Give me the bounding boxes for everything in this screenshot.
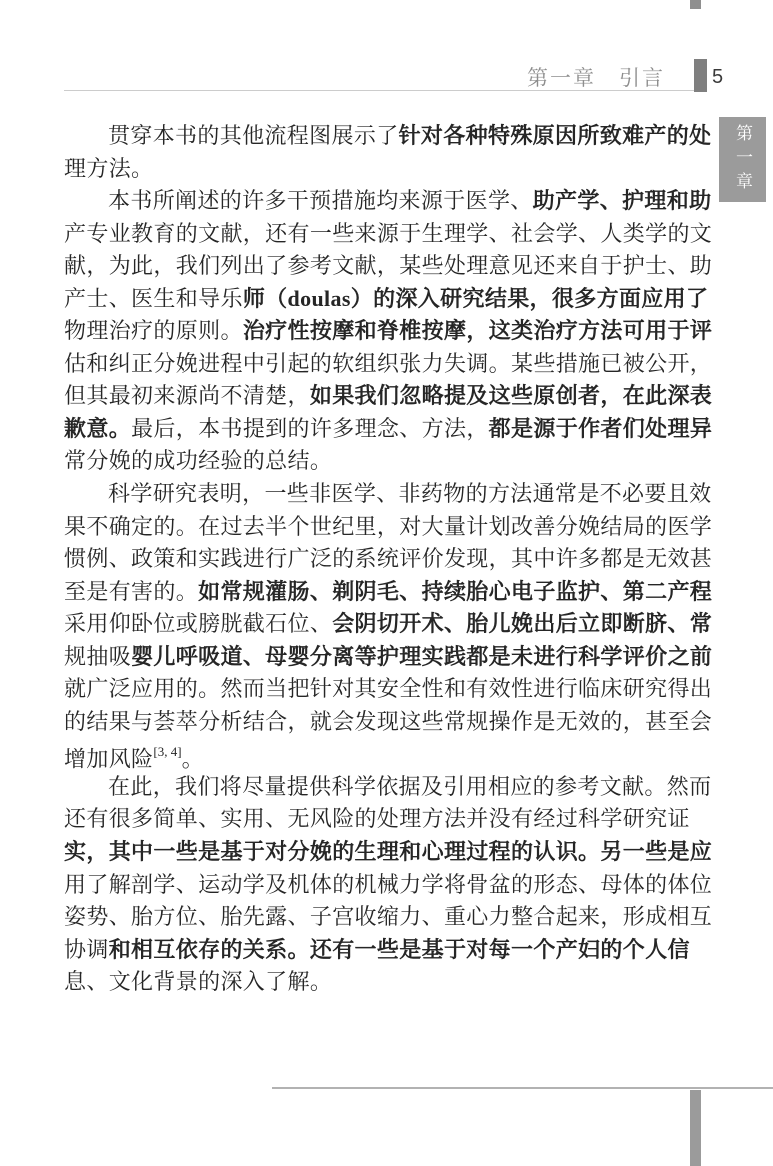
bold-text-run: 和相互依存的关系。还有一些是基于对每一个产妇的个人信 [109, 937, 690, 962]
text-run: 贯穿本书的其他流程图展示了 [108, 123, 399, 148]
text-line: 的结果与荟萃分析结合，就会发现这些常规操作是无效的，甚至会 [64, 706, 714, 739]
text-run: 本书所阐述的许多干预措施均来源于医学、 [108, 188, 533, 213]
bold-text-run: 都是源于作者们处理异 [489, 416, 713, 441]
text-line: 估和纠正分娩进程中引起的软组织张力失调。某些措施已被公开， [64, 348, 714, 381]
text-run: 息、文化背景的深入了解。 [64, 969, 332, 994]
text-run: 规抽吸 [64, 644, 131, 669]
paragraph: 本书所阐述的许多干预措施均来源于医学、助产学、护理和助产专业教育的文献，还有一些… [64, 185, 714, 478]
text-line: 产专业教育的文献，还有一些来源于生理学、社会学、人类学的文 [64, 218, 714, 251]
text-line: 常分娩的成功经验的总结。 [64, 445, 714, 478]
body-text: 贯穿本书的其他流程图展示了针对各种特殊原因所致难产的处理方法。本书所阐述的许多干… [64, 120, 714, 999]
text-line: 采用仰卧位或膀胱截石位、会阴切开术、胎儿娩出后立即断脐、常 [64, 608, 714, 641]
text-run: 用了解剖学、运动学及机体的机械力学将骨盆的形态、母体的体位 [64, 872, 712, 897]
text-line: 协调和相互依存的关系。还有一些是基于对每一个产妇的个人信 [64, 934, 714, 967]
text-line: 但其最初来源尚不清楚，如果我们忽略提及这些原创者，在此深表 [64, 380, 714, 413]
text-line: 惯例、政策和实践进行广泛的系统评价发现，其中许多都是无效甚 [64, 543, 714, 576]
bold-text-run: 婴儿呼吸道、母婴分离等护理实践都是未进行科学评价之前 [131, 644, 712, 669]
bold-text-run: 实，其中一些是基于对分娩的生理和心理过程的认识。另一些是应 [64, 839, 712, 864]
bold-text-run: 如常规灌肠、剃阴毛、持续胎心电子监护、第二产程 [198, 579, 712, 604]
text-run: 但其最初来源尚不清楚， [64, 383, 310, 408]
text-run: 。 [182, 747, 204, 772]
running-head-chapter-title: 第一章 引言 [527, 62, 665, 92]
text-line: 实，其中一些是基于对分娩的生理和心理过程的认识。另一些是应 [64, 836, 714, 869]
text-line: 在此，我们将尽量提供科学依据及引用相应的参考文献。然而 [64, 771, 714, 804]
bold-text-run: 针对各种特殊原因所致难产的处 [399, 123, 712, 148]
text-run: 常分娩的成功经验的总结。 [64, 448, 332, 473]
footer-rule [272, 1087, 773, 1089]
text-line: 至是有害的。如常规灌肠、剃阴毛、持续胎心电子监护、第二产程 [64, 576, 714, 609]
text-run: 协调 [64, 937, 109, 962]
bottom-right-corner-bar [690, 1090, 701, 1166]
text-line: 本书所阐述的许多干预措施均来源于医学、助产学、护理和助 [64, 185, 714, 218]
chapter-side-tab-label: 第一章 [730, 124, 755, 196]
text-line: 还有很多简单、实用、无风险的处理方法并没有经过科学研究证 [64, 803, 714, 836]
bold-text-run: 治疗性按摩和脊椎按摩，这类治疗方法可用于评 [243, 318, 712, 343]
paragraph: 贯穿本书的其他流程图展示了针对各种特殊原因所致难产的处理方法。 [64, 120, 714, 185]
text-line: 科学研究表明，一些非医学、非药物的方法通常是不必要且效 [64, 478, 714, 511]
text-run: 估和纠正分娩进程中引起的软组织张力失调。某些措施已被公开， [64, 351, 712, 376]
text-run: 产士、医生和导乐 [64, 286, 243, 311]
text-run: 增加风险 [64, 747, 153, 772]
text-line: 果不确定的。在过去半个世纪里，对大量计划改善分娩结局的医学 [64, 511, 714, 544]
text-line: 姿势、胎方位、胎先露、子宫收缩力、重心力整合起来，形成相互 [64, 901, 714, 934]
bold-text-run: 助产学、护理和助 [533, 188, 712, 213]
text-line: 就广泛应用的。然而当把针对其安全性和有效性进行临床研究得出 [64, 673, 714, 706]
text-line: 产士、医生和导乐师（doulas）的深入研究结果，很多方面应用了 [64, 283, 714, 316]
text-run: 姿势、胎方位、胎先露、子宫收缩力、重心力整合起来，形成相互 [64, 904, 712, 929]
text-run: 物理治疗的原则。 [64, 318, 243, 343]
text-run: 至是有害的。 [64, 579, 198, 604]
bold-text-run: 歉意。 [64, 416, 131, 441]
chapter-side-tab: 第一章 [719, 117, 766, 202]
text-run: 果不确定的。在过去半个世纪里，对大量计划改善分娩结局的医学 [64, 514, 712, 539]
text-run: 献，为此，我们列出了参考文献，某些处理意见还来自于护士、助 [64, 253, 712, 278]
text-line: 规抽吸婴儿呼吸道、母婴分离等护理实践都是未进行科学评价之前 [64, 641, 714, 674]
text-run: 惯例、政策和实践进行广泛的系统评价发现，其中许多都是无效甚 [64, 546, 712, 571]
text-line: 息、文化背景的深入了解。 [64, 966, 714, 999]
text-run: 在此，我们将尽量提供科学依据及引用相应的参考文献。然而 [108, 774, 711, 799]
text-run: 还有很多简单、实用、无风险的处理方法并没有经过科学研究证 [64, 806, 690, 831]
text-run: 理方法。 [64, 156, 153, 181]
text-line: 用了解剖学、运动学及机体的机械力学将骨盆的形态、母体的体位 [64, 869, 714, 902]
bold-text-run: 会阴切开术、胎儿娩出后立即断脐、常 [332, 611, 712, 636]
footnote-reference: [3, 4] [153, 744, 181, 759]
text-run: 产专业教育的文献，还有一些来源于生理学、社会学、人类学的文 [64, 221, 712, 246]
text-run: 就广泛应用的。然而当把针对其安全性和有效性进行临床研究得出 [64, 676, 712, 701]
text-line: 理方法。 [64, 153, 714, 186]
text-run: 最后，本书提到的许多理念、方法， [131, 416, 489, 441]
bold-text-run: 师（doulas）的深入研究结果，很多方面应用了 [243, 286, 709, 311]
paragraph: 在此，我们将尽量提供科学依据及引用相应的参考文献。然而还有很多简单、实用、无风险… [64, 771, 714, 999]
bold-text-run: 如果我们忽略提及这些原创者，在此深表 [310, 383, 712, 408]
text-run: 科学研究表明，一些非医学、非药物的方法通常是不必要且效 [108, 481, 711, 506]
header-accent-bar [694, 59, 707, 92]
text-line: 增加风险[3, 4]。 [64, 738, 714, 771]
text-line: 歉意。最后，本书提到的许多理念、方法，都是源于作者们处理异 [64, 413, 714, 446]
top-right-corner-bar [690, 0, 701, 9]
header-rule [64, 90, 694, 91]
page-number: 5 [712, 66, 723, 89]
paragraph: 科学研究表明，一些非医学、非药物的方法通常是不必要且效果不确定的。在过去半个世纪… [64, 478, 714, 771]
text-run: 的结果与荟萃分析结合，就会发现这些常规操作是无效的，甚至会 [64, 709, 712, 734]
text-line: 物理治疗的原则。治疗性按摩和脊椎按摩，这类治疗方法可用于评 [64, 315, 714, 348]
text-run: 采用仰卧位或膀胱截石位、 [64, 611, 332, 636]
text-line: 献，为此，我们列出了参考文献，某些处理意见还来自于护士、助 [64, 250, 714, 283]
book-page: 第一章 引言 5 第一章 贯穿本书的其他流程图展示了针对各种特殊原因所致难产的处… [0, 0, 773, 1166]
text-line: 贯穿本书的其他流程图展示了针对各种特殊原因所致难产的处 [64, 120, 714, 153]
